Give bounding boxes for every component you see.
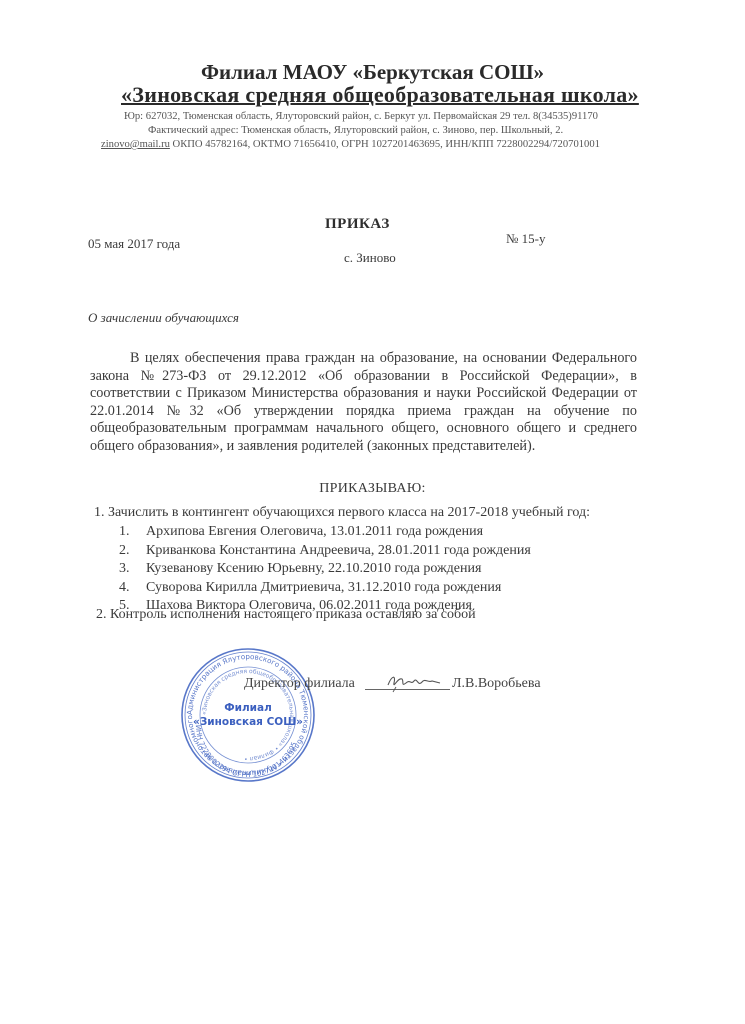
stamp-center-line2: «Зиновская СОШ» bbox=[193, 716, 303, 728]
order-number: № 15-у bbox=[506, 231, 545, 247]
stamp-center-line1: Филиал bbox=[224, 702, 272, 714]
order-item-2: 2. Контроль исполнения настоящего приказ… bbox=[96, 607, 476, 623]
email-link[interactable]: zinovo@mail.ru bbox=[101, 139, 170, 150]
decree-heading: ПРИКАЗЫВАЮ: bbox=[0, 481, 745, 497]
list-item: 3.Кузеванову Ксению Юрьевну, 22.10.2010 … bbox=[119, 560, 531, 579]
handwritten-signature-icon bbox=[384, 671, 444, 693]
student-list: 1.Архипова Евгения Олеговича, 13.01.2011… bbox=[119, 523, 531, 616]
registry-codes: ОКПО 45782164, ОКТМО 71656410, ОГРН 1027… bbox=[170, 139, 600, 150]
actual-address: Фактический адрес: Тюменская область, Ял… bbox=[148, 125, 563, 136]
order-subject: О зачислении обучающихся bbox=[88, 310, 239, 326]
signatory-role: Директор филиала bbox=[244, 676, 355, 692]
preamble-paragraph: В целях обеспечения права граждан на обр… bbox=[90, 350, 637, 455]
list-item: 4.Суворова Кирилла Дмитриевича, 31.12.20… bbox=[119, 579, 531, 598]
preamble-text: В целях обеспечения права граждан на обр… bbox=[90, 350, 637, 454]
list-item: 2.Криванкова Константина Андреевича, 28.… bbox=[119, 542, 531, 561]
order-title: ПРИКАЗ bbox=[325, 216, 390, 233]
official-stamp-icon: Администрация Ялуторовского района Тюмен… bbox=[178, 645, 318, 785]
order-date: 05 мая 2017 года bbox=[88, 236, 180, 252]
order-item-1: 1. Зачислить в контингент обучающихся пе… bbox=[94, 505, 590, 521]
order-place: с. Зиново bbox=[344, 250, 396, 266]
contact-registry-line: zinovo@mail.ru ОКПО 45782164, ОКТМО 7165… bbox=[101, 139, 600, 150]
legal-address: Юр: 627032, Тюменская область, Ялуторовс… bbox=[124, 111, 598, 122]
signatory-name: Л.В.Воробьева bbox=[452, 676, 541, 692]
list-item: 1.Архипова Евгения Олеговича, 13.01.2011… bbox=[119, 523, 531, 542]
school-name: «Зиновская средняя общеобразовательная ш… bbox=[121, 82, 639, 108]
